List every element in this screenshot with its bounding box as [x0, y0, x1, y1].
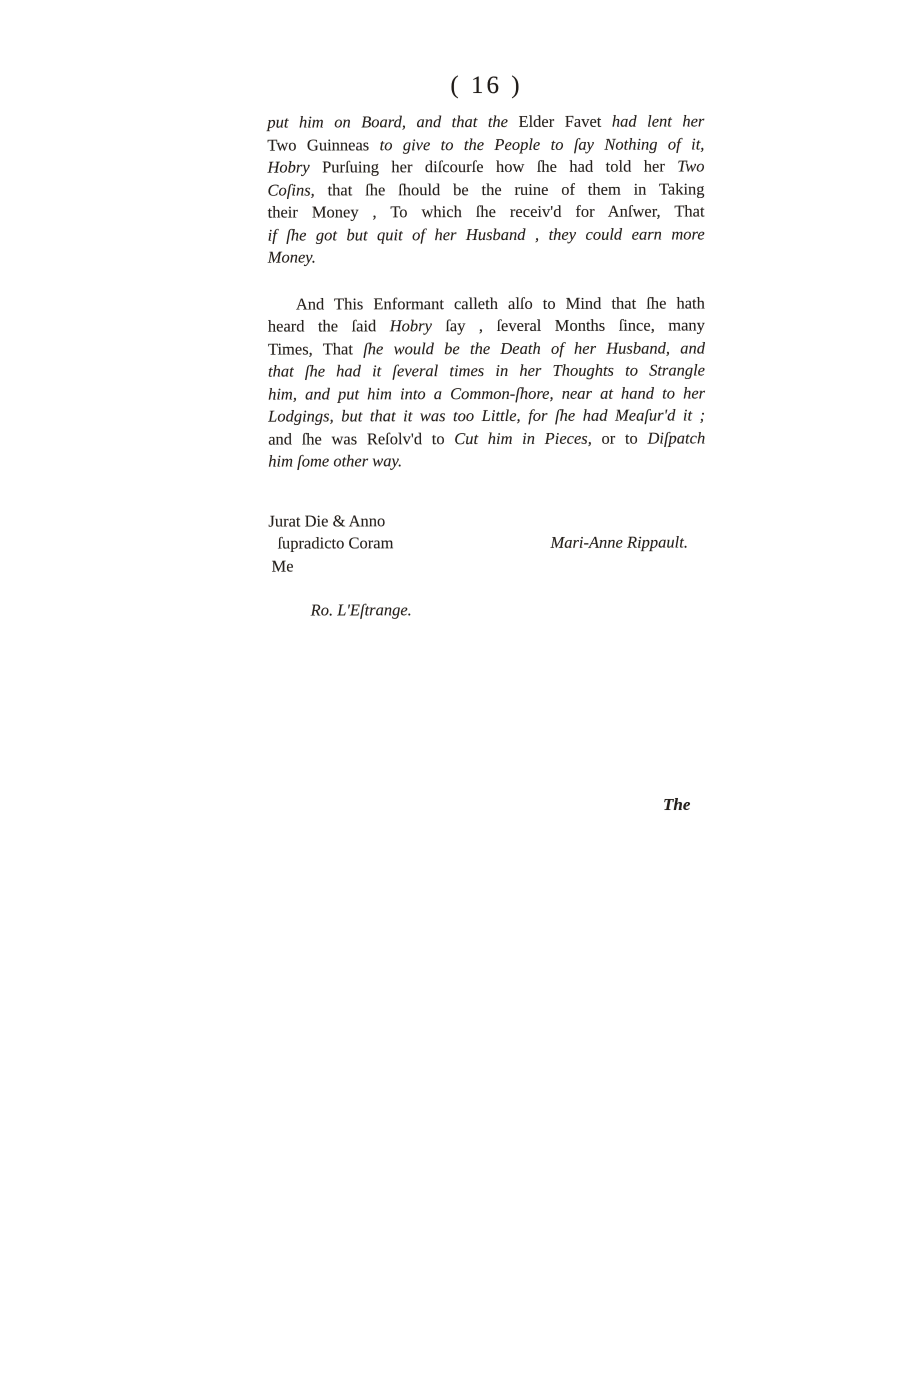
- paragraph-2: And This Enformant calleth alſo to Mind …: [268, 292, 705, 473]
- text-line: Money.: [268, 245, 705, 269]
- text-line: put him on Board, and that the Elder Fav…: [267, 110, 704, 134]
- attestation-block: Jurat Die & Anno ſupradicto Coram Me Mar…: [268, 509, 705, 578]
- text-block: put him on Board, and that the Elder Fav…: [267, 110, 705, 621]
- scanned-document-page: ( 16 ) put him on Board, and that the El…: [0, 0, 923, 1382]
- text-line: Times, That ſhe would be the Death of he…: [268, 337, 705, 361]
- text-line: Two Guinneas to give to the People to ſa…: [267, 133, 704, 157]
- jurat-line-1: Jurat Die & Anno: [268, 509, 705, 533]
- text-line: heard the ſaid Hobry ſay , ſeveral Month…: [268, 314, 705, 338]
- text-line: their Money , To which ſhe receiv'd for …: [268, 200, 705, 224]
- deponent-name: Mari-Anne Rippault.: [550, 531, 688, 554]
- text-line: if ſhe got but quit of her Husband , the…: [268, 223, 705, 247]
- text-line: Hobry Purſuing her diſcourſe how ſhe had…: [267, 155, 704, 179]
- catchword: The: [663, 795, 690, 815]
- text-line: that ſhe had it ſeveral times in her Tho…: [268, 359, 705, 383]
- text-line: and ſhe was Reſolv'd to Cut him in Piece…: [268, 427, 705, 451]
- text-line: Coſins, that ſhe ſhould be the ruine of …: [268, 178, 705, 202]
- text-line: him, and put him into a Common-ſhore, ne…: [268, 382, 705, 406]
- jurat-line-3: Me: [268, 554, 705, 578]
- text-line: And This Enformant calleth alſo to Mind …: [268, 292, 705, 316]
- magistrate-signature: Ro. L'Eſtrange.: [269, 598, 706, 622]
- paragraph-1: put him on Board, and that the Elder Fav…: [267, 110, 704, 269]
- text-line: Lodgings, but that it was too Little, fo…: [268, 404, 705, 428]
- text-line: him ſome other way.: [268, 449, 705, 473]
- page-number: ( 16 ): [268, 72, 705, 100]
